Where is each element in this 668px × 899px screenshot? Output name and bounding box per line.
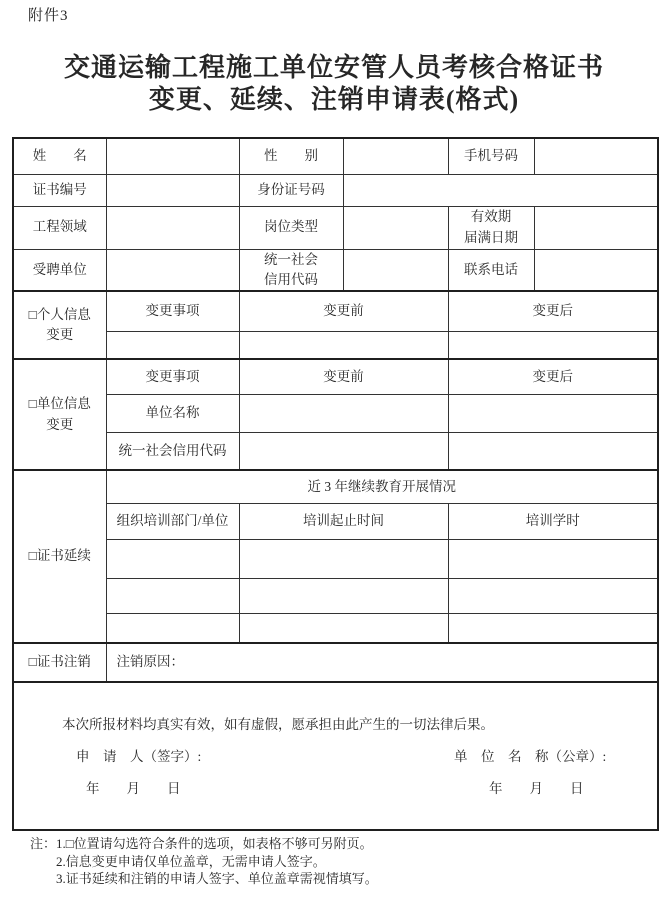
table-row: □单位信息 变更 变更事项 变更前 变更后 (13, 359, 658, 394)
cancellation-section-cell: □证书注销 (13, 643, 106, 682)
table-row: 组织培训部门/单位 培训起止时间 培训学时 (13, 503, 658, 539)
expiry-label-cell: 有效期 届满日期 (448, 206, 534, 249)
post-type-label-cell: 岗位类型 (239, 206, 343, 249)
personal-change-section-cell: □个人信息 变更 (13, 291, 106, 359)
employer-value-cell (106, 249, 239, 291)
unit-seal-label: 单 位 名 称（公章）: (454, 747, 606, 767)
unit-name-after-cell (448, 394, 658, 432)
renewal-period-value-cell (239, 539, 448, 578)
gender-label-cell: 性 别 (239, 138, 343, 174)
date-line-right: 年 月 日 (489, 779, 584, 799)
renewal-period-header-cell: 培训起止时间 (239, 503, 448, 539)
table-row: 单位名称 (13, 394, 658, 432)
checkbox-icon: □ (29, 654, 37, 669)
form-title: 交通运输工程施工单位安管人员考核合格证书 变更、延续、注销申请表(格式) (0, 52, 668, 116)
name-label-cell: 姓 名 (13, 138, 106, 174)
table-row: 受聘单位 统一社会 信用代码 联系电话 (13, 249, 658, 291)
declaration-block: 本次所报材料均真实有效，如有虚假，愿承担由此产生的一切法律后果。 申 请 人（签… (14, 683, 657, 829)
table-row: □个人信息 变更 变更事项 变更前 变更后 (13, 291, 658, 331)
table-row: □证书延续 近 3 年继续教育开展情况 (13, 470, 658, 503)
mobile-value-cell (534, 138, 658, 174)
renewal-org-value-cell (106, 613, 239, 643)
renewal-header-cell: 近 3 年继续教育开展情况 (106, 470, 658, 503)
form-page: 附件3 交通运输工程施工单位安管人员考核合格证书 变更、延续、注销申请表(格式)… (0, 0, 668, 899)
renewal-hours-value-cell (448, 578, 658, 613)
renewal-section-cell: □证书延续 (13, 470, 106, 643)
footnote-list: 1.□位置请勾选符合条件的选项，如表格不够可另附页。 2.信息变更申请仅单位盖章… (56, 835, 378, 888)
unit-change-section-cell: □单位信息 变更 (13, 359, 106, 470)
table-row (13, 331, 658, 359)
id-no-label-cell: 身份证号码 (239, 174, 343, 206)
renewal-period-value-cell (239, 578, 448, 613)
personal-change-item-header-cell: 变更事项 (106, 291, 239, 331)
renewal-hours-header-cell: 培训学时 (448, 503, 658, 539)
eng-field-label-cell: 工程领域 (13, 206, 106, 249)
renewal-section-label: 证书延续 (37, 548, 91, 563)
eng-field-value-cell (106, 206, 239, 249)
table-row (13, 613, 658, 643)
uscc-label-cell: 统一社会 信用代码 (239, 249, 343, 291)
cancellation-section-label: 证书注销 (37, 654, 91, 669)
cert-no-label-cell: 证书编号 (13, 174, 106, 206)
personal-change-item-value-cell (106, 331, 239, 359)
footnote-item: 1.□位置请勾选符合条件的选项，如表格不够可另附页。 (56, 835, 378, 853)
checkbox-icon: □ (29, 307, 37, 322)
table-row: □证书注销 注销原因： (13, 643, 658, 682)
unit-name-label-cell: 单位名称 (106, 394, 239, 432)
unit-name-before-cell (239, 394, 448, 432)
declaration-cell: 本次所报材料均真实有效，如有虚假，愿承担由此产生的一切法律后果。 申 请 人（签… (13, 682, 658, 830)
phone-label-cell: 联系电话 (448, 249, 534, 291)
form-title-line1: 交通运输工程施工单位安管人员考核合格证书 (0, 52, 668, 84)
phone-value-cell (534, 249, 658, 291)
renewal-hours-value-cell (448, 613, 658, 643)
renewal-period-value-cell (239, 613, 448, 643)
post-type-value-cell (343, 206, 448, 249)
personal-change-after-value-cell (448, 331, 658, 359)
name-value-cell (106, 138, 239, 174)
unit-change-item-header-cell: 变更事项 (106, 359, 239, 394)
footnotes: 注： 1.□位置请勾选符合条件的选项，如表格不够可另附页。 2.信息变更申请仅单… (30, 835, 378, 888)
gender-value-cell (343, 138, 448, 174)
date-line-left: 年 月 日 (86, 779, 181, 799)
id-no-value-cell (343, 174, 658, 206)
personal-change-section-label: 个人信息 变更 (37, 307, 91, 342)
table-row: 统一社会信用代码 (13, 432, 658, 470)
footnote-item: 2.信息变更申请仅单位盖章，无需申请人签字。 (56, 853, 378, 871)
mobile-label-cell: 手机号码 (448, 138, 534, 174)
renewal-org-value-cell (106, 578, 239, 613)
application-form-table: 姓 名 性 别 手机号码 证书编号 身份证号码 工程领域 岗位类型 有效期 届满… (12, 137, 659, 831)
declaration-statement: 本次所报材料均真实有效，如有虚假，愿承担由此产生的一切法律后果。 (62, 715, 494, 735)
checkbox-icon: □ (29, 548, 37, 563)
cert-no-value-cell (106, 174, 239, 206)
unit-change-section-label: 单位信息 变更 (37, 396, 91, 431)
cancellation-reason-cell: 注销原因： (106, 643, 658, 682)
footnote-item: 3.证书延续和注销的申请人签字、单位盖章需视情填写。 (56, 870, 378, 888)
unit-change-after-header-cell: 变更后 (448, 359, 658, 394)
form-title-line2: 变更、延续、注销申请表(格式) (0, 84, 668, 116)
personal-change-before-header-cell: 变更前 (239, 291, 448, 331)
expiry-value-cell (534, 206, 658, 249)
table-row: 姓 名 性 别 手机号码 (13, 138, 658, 174)
table-row: 本次所报材料均真实有效，如有虚假，愿承担由此产生的一切法律后果。 申 请 人（签… (13, 682, 658, 830)
unit-change-before-header-cell: 变更前 (239, 359, 448, 394)
table-row (13, 539, 658, 578)
table-row (13, 578, 658, 613)
employer-label-cell: 受聘单位 (13, 249, 106, 291)
personal-change-after-header-cell: 变更后 (448, 291, 658, 331)
applicant-signature-label: 申 请 人（签字）: (76, 747, 201, 767)
unit-uscc-after-cell (448, 432, 658, 470)
renewal-org-value-cell (106, 539, 239, 578)
personal-change-before-value-cell (239, 331, 448, 359)
unit-uscc-before-cell (239, 432, 448, 470)
checkbox-icon: □ (29, 396, 37, 411)
table-row: 工程领域 岗位类型 有效期 届满日期 (13, 206, 658, 249)
renewal-hours-value-cell (448, 539, 658, 578)
footnote-prefix: 注： (30, 835, 56, 888)
table-row: 证书编号 身份证号码 (13, 174, 658, 206)
attachment-label: 附件3 (28, 4, 69, 25)
uscc-value-cell (343, 249, 448, 291)
renewal-org-header-cell: 组织培训部门/单位 (106, 503, 239, 539)
unit-uscc-label-cell: 统一社会信用代码 (106, 432, 239, 470)
